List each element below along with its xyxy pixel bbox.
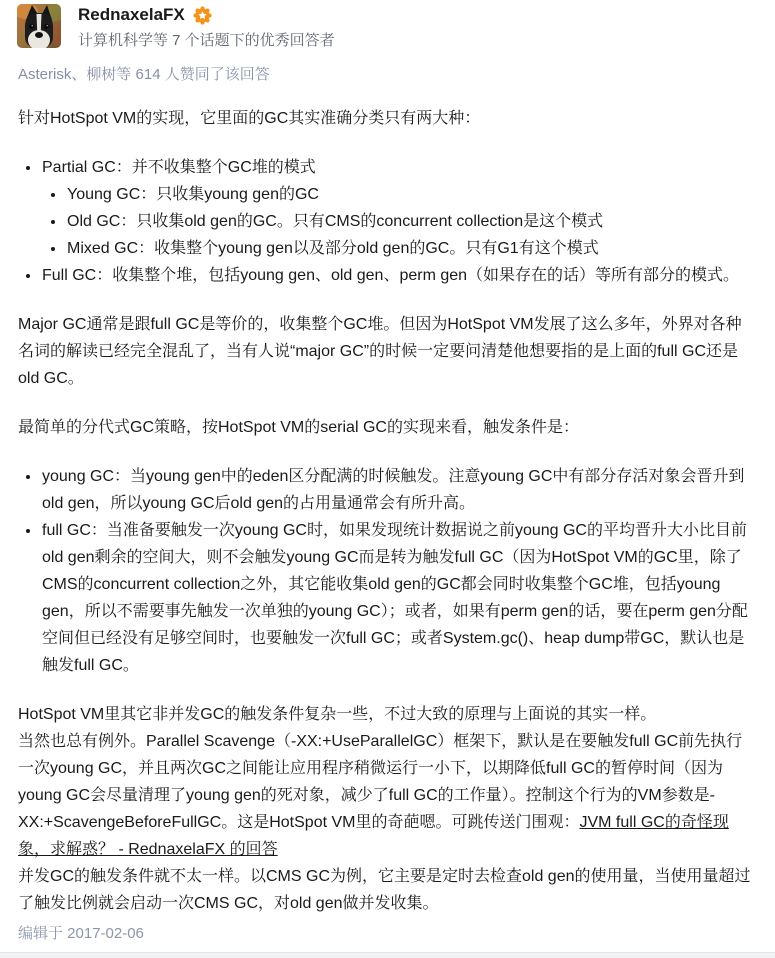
list-item-text: Old GC：只收集old gen的GC。只有CMS的concurrent co… xyxy=(67,213,603,230)
paragraph-serial-gc: 最简单的分代式GC策略，按HotSpot VM的serial GC的实现来看，触… xyxy=(18,414,755,441)
list-item-text: Mixed GC：收集整个young gen以及部分old gen的GC。只有G… xyxy=(67,240,599,257)
dog-photo-icon xyxy=(17,4,61,48)
closing-line-3: 并发GC的触发条件就不太一样。以CMS GC为例，它主要是定时去检查old ge… xyxy=(18,868,751,912)
list-item-text: Partial GC：并不收集整个GC堆的模式 xyxy=(42,159,316,176)
list-item-text: young GC：当young gen中的eden区分配满的时候触发。注意you… xyxy=(42,468,744,512)
author-name[interactable]: RednaxelaFX xyxy=(78,5,185,25)
upvoters-meta-link[interactable]: Asterisk、柳树等 614 人赞同了该回答 xyxy=(18,64,755,85)
list-item-text: Full GC：收集整个堆，包括young gen、old gen、perm g… xyxy=(42,267,739,284)
zhihu-answer-page: RednaxelaFX xyxy=(0,0,775,958)
list-item-young-gc: Young GC：只收集young gen的GC xyxy=(42,181,755,208)
author-avatar[interactable] xyxy=(17,4,61,48)
list-item-text: full GC：当准备要触发一次young GC时，如果发现统计数据说之前you… xyxy=(42,522,748,674)
paragraph-closing: HotSpot VM里其它非并发GC的触发条件复杂一些，不过大致的原理与上面说的… xyxy=(18,701,755,917)
paragraph-major-gc: Major GC通常是跟full GC是等价的，收集整个GC堆。但因为HotSp… xyxy=(18,311,755,392)
gc-classification-list: Partial GC：并不收集整个GC堆的模式 Young GC：只收集youn… xyxy=(18,154,755,289)
list-item-full-gc-trigger: full GC：当准备要触发一次young GC时，如果发现统计数据说之前you… xyxy=(18,517,755,679)
closing-line-1: HotSpot VM里其它非并发GC的触发条件复杂一些，不过大致的原理与上面说的… xyxy=(18,706,656,723)
edit-timestamp: 编辑于 2017-02-06 xyxy=(0,923,775,944)
author-info: RednaxelaFX xyxy=(78,4,335,51)
list-item-partial-gc: Partial GC：并不收集整个GC堆的模式 Young GC：只收集youn… xyxy=(18,154,755,262)
list-item-text: Young GC：只收集young gen的GC xyxy=(67,186,319,203)
bottom-divider xyxy=(0,952,775,958)
list-item-old-gc: Old GC：只收集old gen的GC。只有CMS的concurrent co… xyxy=(42,208,755,235)
list-item-young-gc-trigger: young GC：当young gen中的eden区分配满的时候触发。注意you… xyxy=(18,463,755,517)
answer-header: RednaxelaFX xyxy=(0,0,775,51)
list-item-mixed-gc: Mixed GC：收集整个young gen以及部分old gen的GC。只有G… xyxy=(42,235,755,262)
answer-body: 针对HotSpot VM的实现，它里面的GC其实准确分类只有两大种： Parti… xyxy=(0,105,775,917)
partial-gc-sublist: Young GC：只收集young gen的GC Old GC：只收集old g… xyxy=(42,181,755,262)
excellent-answerer-badge-icon xyxy=(193,6,212,25)
paragraph-intro: 针对HotSpot VM的实现，它里面的GC其实准确分类只有两大种： xyxy=(18,105,755,132)
trigger-conditions-list: young GC：当young gen中的eden区分配满的时候触发。注意you… xyxy=(18,463,755,679)
author-headline: 计算机科学等 7 个话题下的优秀回答者 xyxy=(78,31,335,51)
list-item-full-gc: Full GC：收集整个堆，包括young gen、old gen、perm g… xyxy=(18,262,755,289)
